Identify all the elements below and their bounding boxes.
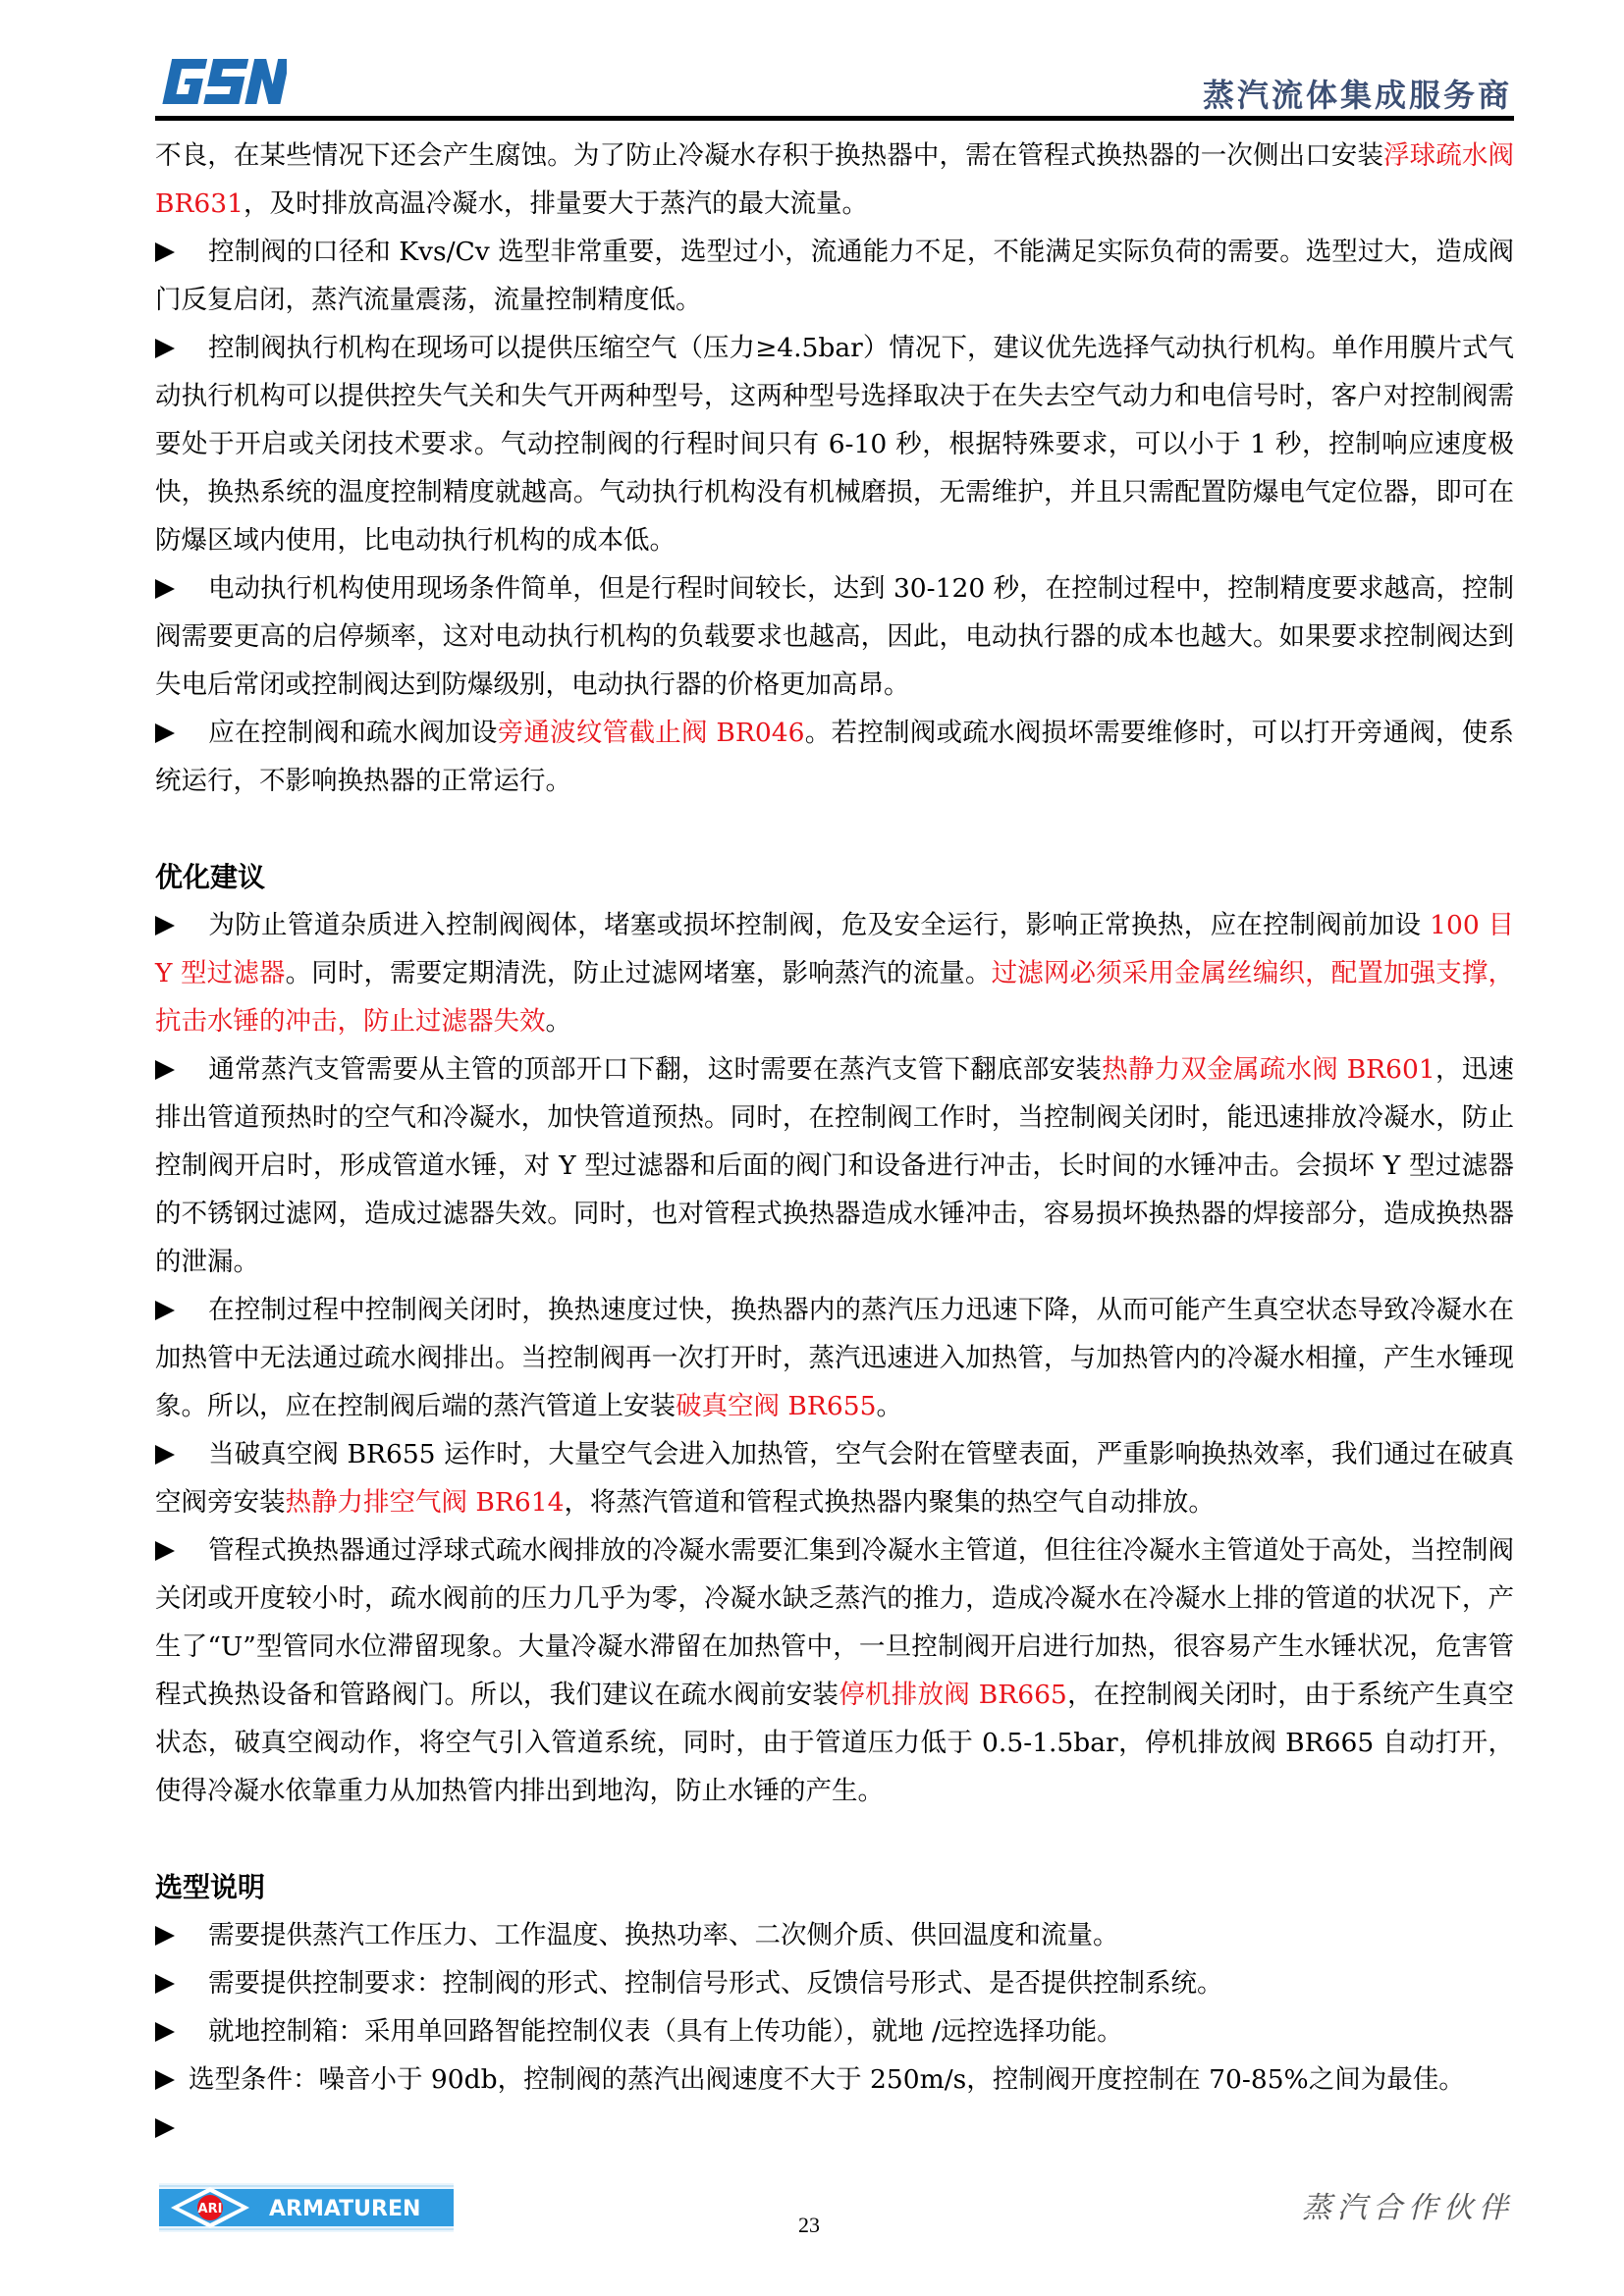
bullet-text: 应在控制阀和疏水阀加设 [208, 718, 498, 748]
bullet-text: 电动执行机构使用现场条件简单，但是行程时间较长，达到 30-120 秒，在控制过… [155, 573, 1514, 700]
bullet-text: 需要提供控制要求：控制阀的形式、控制信号形式、反馈信号形式、是否提供控制系统。 [208, 1968, 1223, 1999]
arrow-bullet-icon [155, 723, 175, 743]
arrow-bullet-icon [155, 916, 175, 935]
spacer [155, 1815, 1514, 1863]
svg-text:ARI: ARI [198, 2202, 223, 2216]
bullet-item: 管程式换热器通过浮球式疏水阀排放的冷凝水需要汇集到冷凝水主管道，但往往冷凝水主管… [155, 1526, 1514, 1815]
ari-armaturen-logo-icon: ARI ARMATUREN [159, 2183, 454, 2232]
section-title-optimization: 优化建议 [155, 853, 1514, 901]
arrow-bullet-icon [155, 2070, 175, 2090]
bullet-item: 需要提供蒸汽工作压力、工作温度、换热功率、二次侧介质、供回温度和流量。 [155, 1911, 1514, 1959]
bullet-text: 选型条件：噪音小于 90db，控制阀的蒸汽出阀速度不大于 250m/s，控制阀开… [189, 2064, 1465, 2095]
product-link-br601: 热静力双金属疏水阀 BR601 [1102, 1054, 1435, 1085]
product-link-br665: 停机排放阀 BR665 [839, 1680, 1067, 1710]
arrow-bullet-icon [155, 1974, 175, 1994]
bullet-text: 为防止管道杂质进入控制阀阀体，堵塞或损坏控制阀，危及安全运行，影响正常换热，应在… [208, 910, 1430, 940]
bullet-text: 控制阀执行机构在现场可以提供压缩空气（压力≥4.5bar）情况下，建议优先选择气… [155, 333, 1514, 556]
gsn-logo-icon [157, 55, 287, 108]
product-link-br655: 破真空阀 BR655 [676, 1391, 876, 1421]
header-slogan: 蒸汽流体集成服务商 [1203, 71, 1512, 116]
section-title-selection: 选型说明 [155, 1863, 1514, 1911]
bullet-item: 选型条件：噪音小于 90db，控制阀的蒸汽出阀速度不大于 250m/s，控制阀开… [155, 2056, 1514, 2104]
arrow-bullet-icon [155, 579, 175, 599]
spacer [155, 805, 1514, 853]
bullet-item: 在控制过程中控制阀关闭时，换热速度过快，换热器内的蒸汽压力迅速下降，从而可能产生… [155, 1286, 1514, 1430]
bullet-item: 需要提供控制要求：控制阀的形式、控制信号形式、反馈信号形式、是否提供控制系统。 [155, 1959, 1514, 2007]
text-run: 不良，在某些情况下还会产生腐蚀。为了防止冷凝水存积于换热器中，需在管程式换热器的… [155, 140, 1383, 171]
bullet-item: 为防止管道杂质进入控制阀阀体，堵塞或损坏控制阀，危及安全运行，影响正常换热，应在… [155, 901, 1514, 1045]
text-run: ，及时排放高温冷凝水，排量要大于蒸汽的最大流量。 [244, 188, 868, 219]
bullet-text: ，将蒸汽管道和管程式换热器内聚集的热空气自动排放。 [564, 1487, 1215, 1518]
bullet-item-empty [155, 2104, 1514, 2152]
arrow-bullet-icon [155, 1926, 175, 1946]
product-link-br614: 热静力排空气阀 BR614 [286, 1487, 565, 1518]
footer-slogan: 蒸汽合作伙伴 [1302, 2183, 1514, 2226]
document-page: 蒸汽流体集成服务商 不良，在某些情况下还会产生腐蚀。为了防止冷凝水存积于换热器中… [0, 0, 1624, 2296]
bullet-text: 。 [546, 1006, 572, 1037]
product-link-br046: 旁通波纹管截止阀 BR046 [498, 718, 805, 748]
bullet-item: 就地控制箱：采用单回路智能控制仪表（具有上传功能），就地 /远控选择功能。 [155, 2007, 1514, 2056]
arrow-bullet-icon [155, 1445, 175, 1465]
bullet-item: 控制阀执行机构在现场可以提供压缩空气（压力≥4.5bar）情况下，建议优先选择气… [155, 324, 1514, 564]
arrow-bullet-icon [155, 1301, 175, 1320]
bullet-text: 就地控制箱：采用单回路智能控制仪表（具有上传功能），就地 /远控选择功能。 [208, 2016, 1123, 2047]
bullet-item: 当破真空阀 BR655 运作时，大量空气会进入加热管，空气会附在管壁表面，严重影… [155, 1430, 1514, 1526]
arrow-bullet-icon [155, 1060, 175, 1080]
arrow-bullet-icon [155, 2118, 175, 2138]
page-header: 蒸汽流体集成服务商 [155, 51, 1512, 120]
arrow-bullet-icon [155, 242, 175, 262]
arrow-bullet-icon [155, 339, 175, 358]
bullet-text: 。 [876, 1391, 902, 1421]
arrow-bullet-icon [155, 1541, 175, 1561]
arrow-bullet-icon [155, 2022, 175, 2042]
bullet-text: 通常蒸汽支管需要从主管的顶部开口下翻，这时需要在蒸汽支管下翻底部安装 [208, 1054, 1102, 1085]
bullet-text: 。同时，需要定期清洗，防止过滤网堵塞，影响蒸汽的流量。 [286, 958, 992, 988]
bullet-text: 控制阀的口径和 Kvs/Cv 选型非常重要，选型过小，流通能力不足，不能满足实际… [155, 237, 1514, 315]
page-footer: ARI ARMATUREN 23 蒸汽合作伙伴 [155, 2169, 1514, 2248]
bullet-item: 应在控制阀和疏水阀加设旁通波纹管截止阀 BR046。若控制阀或疏水阀损坏需要维修… [155, 709, 1514, 805]
bullet-item: 控制阀的口径和 Kvs/Cv 选型非常重要，选型过小，流通能力不足，不能满足实际… [155, 228, 1514, 324]
page-number: 23 [798, 2213, 820, 2238]
bullet-text: 需要提供蒸汽工作压力、工作温度、换热功率、二次侧介质、供回温度和流量。 [208, 1920, 1119, 1950]
header-divider [155, 116, 1514, 121]
bullet-item: 电动执行机构使用现场条件简单，但是行程时间较长，达到 30-120 秒，在控制过… [155, 564, 1514, 709]
document-body: 不良，在某些情况下还会产生腐蚀。为了防止冷凝水存积于换热器中，需在管程式换热器的… [155, 132, 1514, 2152]
intro-paragraph: 不良，在某些情况下还会产生腐蚀。为了防止冷凝水存积于换热器中，需在管程式换热器的… [155, 132, 1514, 228]
svg-text:ARMATUREN: ARMATUREN [269, 2197, 420, 2221]
bullet-text: ，迅速排出管道预热时的空气和冷凝水，加快管道预热。同时，在控制阀工作时，当控制阀… [155, 1054, 1514, 1277]
bullet-item: 通常蒸汽支管需要从主管的顶部开口下翻，这时需要在蒸汽支管下翻底部安装热静力双金属… [155, 1045, 1514, 1286]
